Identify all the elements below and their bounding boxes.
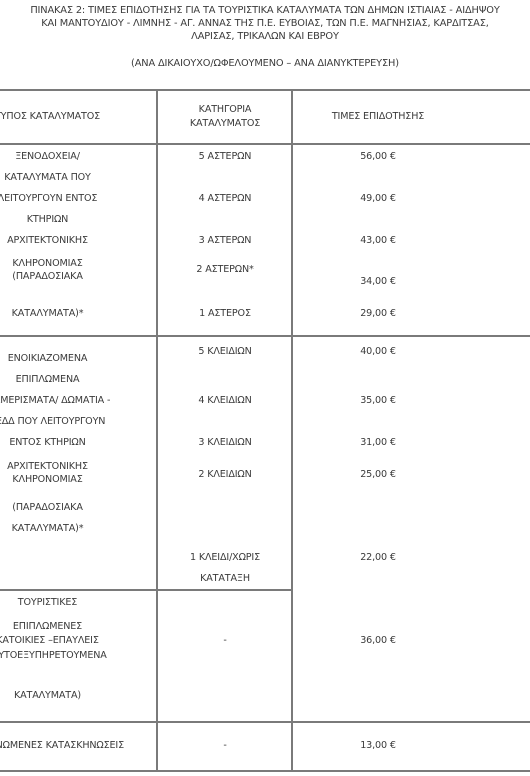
price-cell: 31,00 €	[293, 437, 463, 449]
category-cell: 5 ΑΣΤΕΡΩΝ	[158, 151, 292, 163]
category-cell: 2 ΚΛΕΙΔΙΩΝ	[158, 469, 292, 481]
table-border-bottom	[0, 770, 530, 772]
type-line: (ΠΑΡΑΔΟΣΙΑΚΑ	[0, 502, 155, 514]
price-cell: 35,00 €	[293, 395, 463, 407]
price-cell: 13,00 €	[293, 740, 463, 752]
type-line: (ΑΥΤΟΕΞΥΠΗΡΕΤΟΥΜΕΝΑ	[0, 650, 155, 662]
price-cell: 34,00 €	[293, 276, 463, 288]
price-cell: 43,00 €	[293, 235, 463, 247]
category-cell: ΚΑΤΑΤΑΞΗ	[158, 573, 292, 585]
column-divider-1	[156, 89, 158, 772]
header-category-line-2: ΚΑΤΑΛΥΜΑΤΟΣ	[158, 118, 292, 130]
type-line: ΛΕΙΤΟΥΡΓΟΥΝ ΕΝΤΟΣ	[0, 193, 155, 205]
type-line: ΚΛΗΡΟΝΟΜΙΑΣ	[0, 474, 155, 486]
type-line: ΚΑΤΑΛΥΜΑΤΑ)*	[0, 308, 155, 320]
group-divider-1	[0, 335, 530, 337]
header-price: ΤΙΜΕΣ ΕΠΙΔΟΤΗΣΗΣ	[293, 111, 463, 123]
table-title-line-3: ΛΑΡΙΣΑΣ, ΤΡΙΚΑΛΩΝ ΚΑΙ ΕΒΡΟΥ	[0, 31, 530, 43]
header-type: ΤΥΠΟΣ ΚΑΤΑΛΥΜΑΤΟΣ	[0, 111, 155, 123]
type-line: ΚΑΤΑΛΥΜΑΤΑ)	[0, 690, 155, 702]
price-cell: 22,00 €	[293, 552, 463, 564]
header-divider	[0, 143, 530, 145]
group-divider-2	[0, 589, 293, 591]
type-line: ΟΡΓΑΝΩΜΕΝΕΣ ΚΑΤΑΣΚΗΝΩΣΕΙΣ	[0, 740, 155, 752]
category-cell: 2 ΑΣΤΕΡΩΝ*	[158, 264, 292, 276]
category-cell: 1 ΑΣΤΕΡΟΣ	[158, 308, 292, 320]
price-cell: 40,00 €	[293, 346, 463, 358]
type-line: ΑΡΧΙΤΕΚΤΟΝΙΚΗΣ	[0, 235, 155, 247]
price-cell: 49,00 €	[293, 193, 463, 205]
type-line: ΕΠΙΠΛΩΜΕΝΕΣ	[0, 621, 155, 633]
table-border-top	[0, 89, 530, 91]
table-title-line-2: ΚΑΙ ΜΑΝΤΟΥΔΙΟΥ - ΛΙΜΝΗΣ - ΑΓ. ΑΝΝΑΣ ΤΗΣ …	[0, 18, 530, 30]
price-cell: 25,00 €	[293, 469, 463, 481]
type-line: ΔΙΑΜΕΡΙΣΜΑΤΑ/ ΔΩΜΑΤΙΑ -	[0, 395, 155, 407]
type-line: ΚΤΗΡΙΩΝ	[0, 214, 155, 226]
type-line: ΤΟΥΡΙΣΤΙΚΕΣ	[0, 597, 155, 609]
category-cell: -	[158, 635, 292, 647]
type-line: ΑΡΧΙΤΕΚΤΟΝΙΚΗΣ	[0, 461, 155, 473]
column-divider-2	[291, 89, 293, 772]
category-cell: 1 ΚΛΕΙΔΙ/ΧΩΡΙΣ	[158, 552, 292, 564]
type-line: ΚΑΤΑΛΥΜΑΤΑ ΠΟΥ	[0, 172, 155, 184]
type-line: ΚΕΔΔ ΠΟΥ ΛΕΙΤΟΥΡΓΟΥΝ	[0, 416, 155, 428]
type-line: ΕΝΟΙΚΙΑΖΟΜΕΝΑ	[0, 353, 155, 365]
price-cell: 56,00 €	[293, 151, 463, 163]
price-cell: 36,00 €	[293, 635, 463, 647]
price-cell: 29,00 €	[293, 308, 463, 320]
type-line: ΕΝΤΟΣ ΚΤΗΡΙΩΝ	[0, 437, 155, 449]
type-line: ΕΠΙΠΛΩΜΕΝΑ	[0, 374, 155, 386]
table-subtitle: (ΑΝΑ ΔΙΚΑΙΟΥΧΟ/ΩΦΕΛΟΥΜΕΝΟ – ΑΝΑ ΔΙΑΝΥΚΤΕ…	[0, 58, 530, 70]
category-cell: 5 ΚΛΕΙΔΙΩΝ	[158, 346, 292, 358]
type-line: ΚΛΗΡΟΝΟΜΙΑΣ	[0, 258, 155, 270]
category-cell: 4 ΑΣΤΕΡΩΝ	[158, 193, 292, 205]
header-category-line-1: ΚΑΤΗΓΟΡΙΑ	[158, 104, 292, 116]
type-line: ΞΕΝΟΔΟΧΕΙΑ/	[0, 151, 155, 163]
type-line: (ΠΑΡΑΔΟΣΙΑΚΑ	[0, 271, 155, 283]
category-cell: 4 ΚΛΕΙΔΙΩΝ	[158, 395, 292, 407]
category-cell: 3 ΚΛΕΙΔΙΩΝ	[158, 437, 292, 449]
type-line: ΚΑΤΟΙΚΙΕΣ –ΕΠΑΥΛΕΙΣ	[0, 635, 155, 647]
group-divider-3	[0, 721, 530, 723]
category-cell: -	[158, 740, 292, 752]
category-cell: 3 ΑΣΤΕΡΩΝ	[158, 235, 292, 247]
type-line: ΚΑΤΑΛΥΜΑΤΑ)*	[0, 523, 155, 535]
table-title-line-1: ΠΙΝΑΚΑΣ 2: ΤΙΜΕΣ ΕΠΙΔΟΤΗΣΗΣ ΓΙΑ ΤΑ ΤΟΥΡΙ…	[0, 5, 530, 17]
